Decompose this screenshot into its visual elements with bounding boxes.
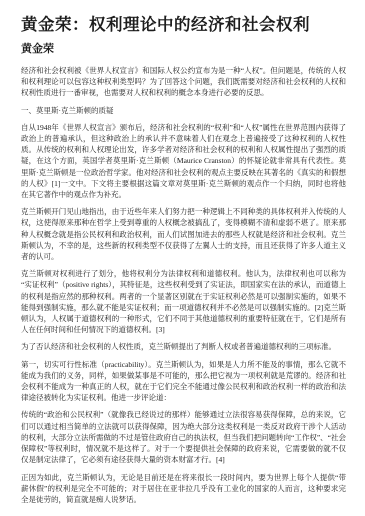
paragraph-three-criteria: 为了否认经济和社会权利的人权性质，克兰斯顿提出了判断人权或者普遍道德权利的三项标… <box>21 341 346 352</box>
article-title: 黄金荣：权利理论中的经济和社会权利 <box>21 15 346 34</box>
quoted-paragraph-cranston-comment: 传统的“政治和公民权利”（就像我已经说过的那样）能够通过立法很容易获得保障，总的… <box>21 409 346 465</box>
author-byline: 黄金荣 <box>21 43 346 55</box>
section-heading-cranston-doubt: 一、莫里斯·克兰斯顿的质疑 <box>21 105 346 116</box>
paragraph-conclusion-holidays-with-pay: 正因为如此，克兰斯顿认为，无论是目前还是在将来很长一段时间内，要为世界上每个人提… <box>21 472 346 506</box>
paragraph-cranston-background: 自从1948年《世界人权宣言》颁布后，经济和社会权利的“权利”和“人权”属性在世… <box>21 122 346 200</box>
intro-paragraph: 经济和社会权利被《世界人权宣言》和国际人权公约宣布为是一种“人权”。但问题是，传… <box>21 65 346 99</box>
paragraph-legal-vs-moral-rights: 克兰斯顿对权利进行了划分，他将权利分为法律权利和道德权利。他认为，法律权利也可以… <box>21 268 346 335</box>
paragraph-practicability-criterion: 第一，切实可行性标准（practicability）。克兰斯顿认为，如果是人力所… <box>21 359 346 404</box>
article-page: 黄金荣：权利理论中的经济和社会权利 黄金荣 经济和社会权利被《世界人权宣言》和国… <box>0 0 365 516</box>
paragraph-rights-concept-confusion: 克兰斯顿开门见山地指出，由于近些年来人们努力把一种逻辑上不同种类的具体权利并入传… <box>21 206 346 262</box>
